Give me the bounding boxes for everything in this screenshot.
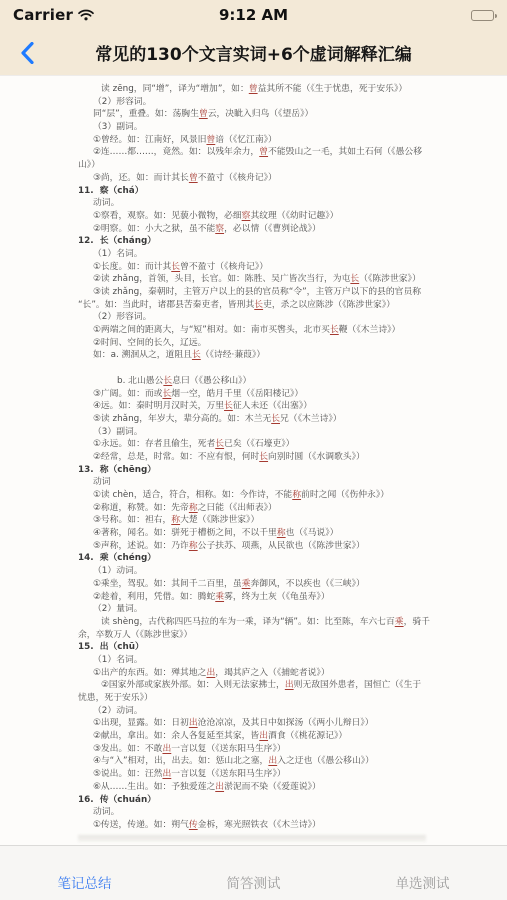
doc-line: （2）动词。	[78, 705, 440, 718]
doc-line: ③读 zhǎng，秦朝时，主管万户以上的县的官员称“令”，主管万户以下的县的官员…	[78, 286, 440, 299]
doc-line: 余，卒数万人（《陈涉世家》）	[78, 629, 440, 642]
doc-line: ⑤说出。如：汪然出一言以复（《送东阳马生序》）	[78, 768, 440, 781]
doc-line: （3）副词。	[78, 121, 440, 134]
doc-line: ①察看，观察。如：见藐小微物，必细察其纹理（《幼时记趣》）	[78, 210, 440, 223]
keyword-highlight: 出	[285, 680, 294, 690]
doc-line: 12. 长（cháng）	[78, 235, 440, 248]
keyword-highlight: 出	[268, 756, 277, 766]
doc-line: 动词。	[78, 806, 440, 819]
doc-line: 读 zēng，同“增”，译为“增加”，如：曾益其所不能（《生于忧患，死于安乐》）	[78, 83, 440, 96]
doc-line: ④著称，闻名。如：骈死于槽枥之间，不以千里称也（《马说》）	[78, 527, 440, 540]
status-bar: Carrier 9:12 AM	[0, 0, 507, 30]
app-screen: Carrier 9:12 AM 常	[0, 0, 507, 900]
doc-line: 14. 乘（chéng）	[78, 552, 440, 565]
doc-line: ⑤读 zhǎng，年岁大，辈分高的。如：木兰无长兄（《木兰诗》）	[78, 413, 440, 426]
doc-line: ②趁着，利用，凭借。如：腾蛇乘雾，终为土灰（《龟虽寿》）	[78, 591, 440, 604]
doc-line: ②称道，称赞。如：先帝称之曰能（《出师表》）	[78, 502, 440, 515]
doc-line: （1）名词。	[78, 248, 440, 261]
keyword-highlight: 长	[171, 262, 180, 272]
doc-line: （3）副词。	[78, 426, 440, 439]
doc-line: 同“层”，重叠。如：荡胸生曾云，决眦入归鸟（《望岳》）	[78, 108, 440, 121]
doc-line: 15. 出（chū）	[78, 641, 440, 654]
keyword-highlight: 长	[259, 452, 268, 462]
doc-line: ①出产的东西。如：殚其地之出，竭其庐之入（《捕蛇者说》）	[78, 667, 440, 680]
keyword-highlight: 称	[189, 503, 198, 513]
document-text: 读 zēng，同“增”，译为“增加”，如：曾益其所不能（《生于忧患，死于安乐》）…	[78, 83, 440, 842]
doc-line: “长”。如：当此时，诸郡县苦秦吏者，皆刑其长吏，杀之以应陈涉（《陈涉世家》）	[78, 299, 440, 312]
tab-short-answer-test[interactable]: 简答测试	[169, 872, 338, 900]
keyword-highlight: 乘	[215, 592, 224, 602]
keyword-highlight: 出	[162, 769, 171, 779]
keyword-highlight: 出	[259, 731, 268, 741]
keyword-highlight: 曾	[259, 147, 268, 157]
keyword-highlight: 长	[224, 401, 233, 411]
keyword-highlight: 长	[192, 350, 201, 360]
keyword-highlight: 传	[189, 820, 198, 830]
doc-line: ①传送，传递。如：朔气传金柝，寒光照铁衣（《木兰诗》）	[78, 819, 440, 832]
keyword-highlight: 长	[254, 300, 263, 310]
doc-line: （1）动词。	[78, 565, 440, 578]
doc-line: ③发出。如：不敢出一言以复（《送东阳马生序》）	[78, 743, 440, 756]
keyword-highlight: 出	[206, 668, 215, 678]
keyword-highlight: 察	[242, 211, 251, 221]
doc-line: ⑤声称，述说。如：乃诈称公子扶苏、项燕，从民欲也（《陈涉世家》）	[78, 540, 440, 553]
keyword-highlight: 曾	[189, 173, 198, 183]
keyword-highlight: 长	[162, 389, 171, 399]
keyword-highlight: 乘	[242, 579, 251, 589]
doc-line: ①曾经。如：江南好，风景旧曾谙（《忆江南》）	[78, 134, 440, 147]
doc-line: （2）形容词。	[78, 96, 440, 109]
doc-line: 13. 称（chēng）	[78, 464, 440, 477]
doc-line: ②明察。如：小大之狱，虽不能察，必以情（《曹刿论战》）	[78, 223, 440, 236]
doc-line: 读 shèng，古代称四匹马拉的车为一乘，译为“辆”。如：比至陈，车六七百乘，骑…	[78, 616, 440, 629]
doc-line: ②读 zhǎng，首领，头目，长官。如：陈胜、吴广皆次当行，为屯长（《陈涉世家》…	[78, 273, 440, 286]
document-page[interactable]: 读 zēng，同“增”，译为“增加”，如：曾益其所不能（《生于忧患，死于安乐》）…	[0, 75, 507, 845]
doc-line: ②经常，总是，时常。如：不应有恨，何时长向别时圆（《水调歌头》）	[78, 451, 440, 464]
doc-line: ①永远。如：存者且偷生，死者长已矣（《石壕吏》）	[78, 438, 440, 451]
doc-line: ①两端之间的距离大，与“短”相对。如：南市买辔头，北市买长鞭（《木兰诗》）	[78, 324, 440, 337]
doc-line: （1）名词。	[78, 654, 440, 667]
nav-bar: 常见的130个文言实词+6个虚词解释汇编	[0, 30, 507, 75]
doc-line: ①读 chèn，适合，符合，相称。如：今作诗，不能称前时之闻（《伤仲永》）	[78, 489, 440, 502]
doc-line: ②连……都……，竟然。如：以残年余力，曾不能毁山之一毛，其如土石何（《愚公移	[78, 146, 440, 159]
keyword-highlight: 曾	[249, 84, 258, 94]
tab-notes-summary[interactable]: 笔记总结	[0, 872, 169, 900]
doc-line: （2）量词。	[78, 603, 440, 616]
back-button[interactable]	[10, 30, 44, 75]
keyword-highlight: 长	[350, 274, 359, 284]
keyword-highlight: 称	[292, 490, 301, 500]
doc-line: ②国家外部或家族外部。如：入则无法家拂士，出则无敌国外患者，国恒亡（《生于	[78, 679, 440, 692]
chevron-left-icon	[21, 42, 34, 64]
keyword-highlight: 称	[171, 515, 180, 525]
doc-line	[78, 835, 426, 842]
keyword-highlight: 称	[277, 528, 286, 538]
keyword-highlight: 长	[215, 439, 224, 449]
doc-line: b. 北山愚公长息曰（《愚公移山》）	[78, 375, 440, 388]
doc-line: 动词。	[78, 197, 440, 210]
doc-line: （2）形容词。	[78, 311, 440, 324]
doc-line: ③广阔。如：而或长烟一空，皓月千里（《岳阳楼记》）	[78, 388, 440, 401]
keyword-highlight: 出	[215, 782, 224, 792]
keyword-highlight: 长	[271, 414, 280, 424]
page-title: 常见的130个文言实词+6个虚词解释汇编	[0, 40, 507, 65]
doc-line	[78, 362, 440, 375]
doc-line: ③号称。如：袒右，称大楚（《陈涉世家》）	[78, 514, 440, 527]
doc-line: ③尚，还。如：而计其长曾不盈寸（《核舟记》）	[78, 172, 440, 185]
tab-bar: 笔记总结 简答测试 单选测试	[0, 845, 507, 900]
doc-line: ①出现，显露。如：日初出沧沧凉凉，及其日中如探汤（《两小儿辩日》）	[78, 717, 440, 730]
keyword-highlight: 出	[162, 744, 171, 754]
doc-line: ①乘坐，驾驭。如：其间千二百里，虽乘奔御风，不以疾也（《三峡》）	[78, 578, 440, 591]
keyword-highlight: 长	[163, 376, 172, 386]
tab-multiple-choice-test[interactable]: 单选测试	[338, 872, 507, 900]
keyword-highlight: 曾	[206, 135, 215, 145]
doc-line: ②时间、空间的长久，辽远。	[78, 337, 440, 350]
doc-line: ⑥从……生出。如：予独爱莲之出淤泥而不染（《爱莲说》）	[78, 781, 440, 794]
doc-line: 11. 察（chá）	[78, 185, 440, 198]
keyword-highlight: 曾	[199, 109, 208, 119]
doc-line: 如：a. 溯洄从之，道阻且长（《诗经·蒹葭》）	[78, 349, 440, 362]
doc-line: ④与“入”相对，出，出去。如：惩山北之塞，出入之迂也（《愚公移山》）	[78, 755, 440, 768]
doc-line: ①长度。如：而计其长曾不盈寸（《核舟记》）	[78, 261, 440, 274]
battery-icon	[471, 10, 494, 21]
clock: 9:12 AM	[0, 6, 507, 24]
doc-line: 山》）	[78, 159, 440, 172]
doc-line: ②献出，拿出。如：余人各复延至其家，皆出酒食（《桃花源记》）	[78, 730, 440, 743]
doc-line: ④远。如：秦时明月汉时关，万里长征人未还（《出塞》）	[78, 400, 440, 413]
doc-line: 16. 传（chuán）	[78, 794, 440, 807]
keyword-highlight: 乘	[395, 617, 404, 627]
keyword-highlight: 出	[189, 718, 198, 728]
keyword-highlight: 称	[189, 541, 198, 551]
keyword-highlight: 长	[330, 325, 339, 335]
doc-line: 忧患，死于安乐》）	[78, 692, 440, 705]
doc-line: 动词	[78, 476, 440, 489]
keyword-highlight: 察	[215, 224, 224, 234]
